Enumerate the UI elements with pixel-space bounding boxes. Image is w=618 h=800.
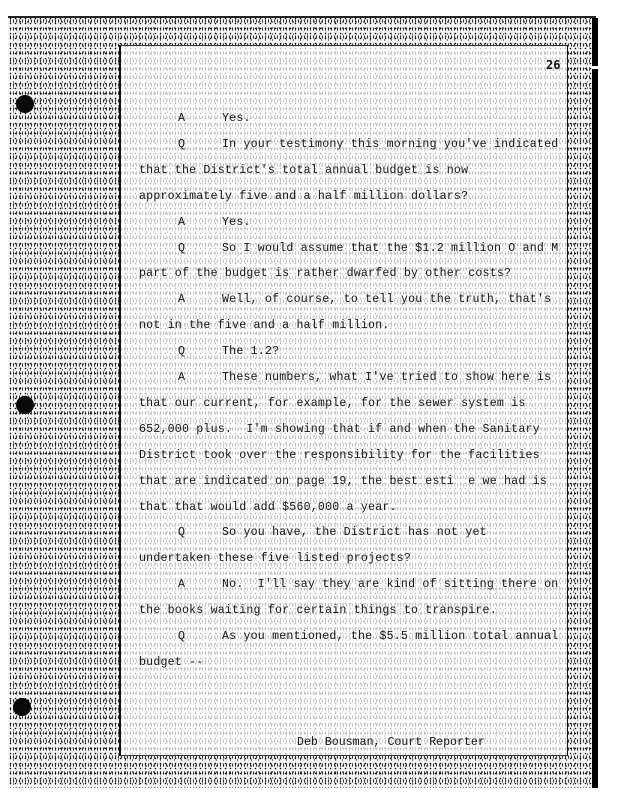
question-label: Q [178,345,185,358]
punch-hole-top [16,95,34,113]
transcript-line: The 1.2? [222,345,279,358]
transcript-line: As you mentioned, the $5.5 million total… [222,630,558,643]
punch-hole-middle [16,396,34,414]
answer-label: A [178,371,185,384]
transcript-line: So I would assume that the $1.2 million … [222,242,558,255]
transcript-continuation-line: 652,000 plus. I'm showing that if and wh… [139,423,540,436]
transcript-line: Well, of course, to tell you the truth, … [222,293,551,306]
transcript-continuation-line: that are indicated on page 19, the best … [139,475,547,488]
answer-label: A [178,112,185,125]
punch-hole-bottom [13,698,31,716]
page-number: 26 [546,58,560,72]
transcript-continuation-line: undertaken these five listed projects? [139,552,411,565]
transcript-line: No. I'll say they are kind of sitting th… [222,578,558,591]
page-right-edge [592,18,598,788]
court-reporter-footer: Deb Bousman, Court Reporter [297,736,485,749]
answer-label: A [178,293,185,306]
transcript-continuation-line: that our current, for example, for the s… [139,397,526,410]
question-label: Q [178,242,185,255]
page-top-edge [8,16,596,18]
transcript-line: Yes. [222,112,251,125]
answer-label: A [178,216,185,229]
transcript-continuation-line: not in the five and a half million. [139,319,390,332]
transcript-continuation-line: that that would add $560,000 a year. [139,501,397,514]
transcript-line: These numbers, what I've tried to show h… [222,371,551,384]
page-right-edge-gap [592,66,598,69]
transcript-continuation-line: that the District's total annual budget … [139,164,468,177]
transcript-continuation-line: budget -- [139,656,203,669]
question-label: Q [178,630,185,643]
transcript-line: In your testimony this morning you've in… [222,138,558,151]
transcript-continuation-line: part of the budget is rather dwarfed by … [139,267,511,280]
question-label: Q [178,138,185,151]
transcript-continuation-line: the books waiting for certain things to … [139,604,497,617]
answer-label: A [178,578,185,591]
transcript-line: Yes. [222,216,251,229]
transcript-continuation-line: District took over the responsibility fo… [139,449,540,462]
question-label: Q [178,526,185,539]
transcript-line: So you have, the District has not yet [222,526,487,539]
transcript-continuation-line: approximately five and a half million do… [139,190,468,203]
